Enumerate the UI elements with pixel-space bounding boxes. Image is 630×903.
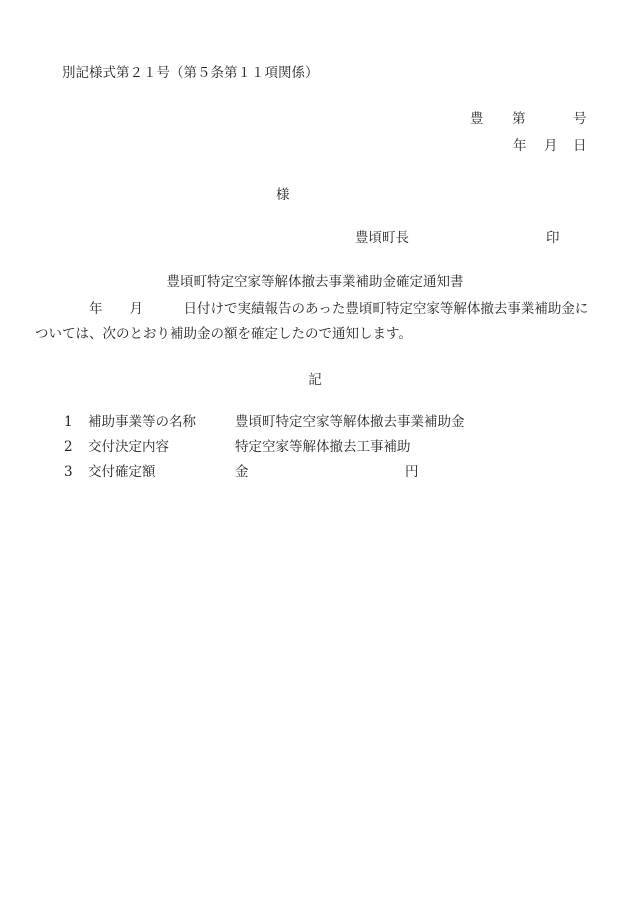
doc-number-prefix: 豊 [470,111,484,127]
item-number: 2 [64,439,73,455]
item-number: 3 [64,464,73,480]
item-label: 補助事業等の名称 [88,414,196,430]
document-title: 豊頃町特定空家等解体撤去事業補助金確定通知書 [0,274,630,290]
item-value: 特定空家等解体撤去工事補助 [235,439,411,455]
form-style-number: 別記様式第２１号（第５条第１１項関係） [62,65,319,81]
list-item: 3 交付確定額 金 円 [0,464,630,481]
item-value: 豊頃町特定空家等解体撤去事業補助金 [235,414,465,430]
sender-title: 豊頃町長 [355,230,409,246]
amount-prefix-label: 金 [235,464,249,480]
item-label: 交付確定額 [88,464,156,480]
body-paragraph-line: 年 月 日付けで実績報告のあった豊頃町特定空家等解体撤去事業補助金に [35,301,588,317]
item-label: 交付決定内容 [88,439,169,455]
seal-mark: 印 [546,230,560,246]
doc-number-suffix: 号 [573,111,587,127]
date-year-label: 年 [513,138,527,154]
ki-heading: 記 [0,372,630,388]
amount-unit-label: 円 [405,464,419,480]
list-item: 2 交付決定内容 特定空家等解体撤去工事補助 [0,439,630,456]
date-month-label: 月 [544,138,558,154]
body-paragraph-line: ついては、次のとおり補助金の額を確定したので通知します。 [35,326,412,342]
list-item: 1 補助事業等の名称 豊頃町特定空家等解体撤去事業補助金 [0,414,630,431]
date-day-label: 日 [573,138,587,154]
item-number: 1 [64,414,73,430]
addressee-honorific: 様 [276,187,290,203]
doc-number-dai: 第 [512,111,526,127]
notice-document-page: 別記様式第２１号（第５条第１１項関係） 豊 第 号 年 月 日 様 豊頃町長 印… [0,0,630,903]
